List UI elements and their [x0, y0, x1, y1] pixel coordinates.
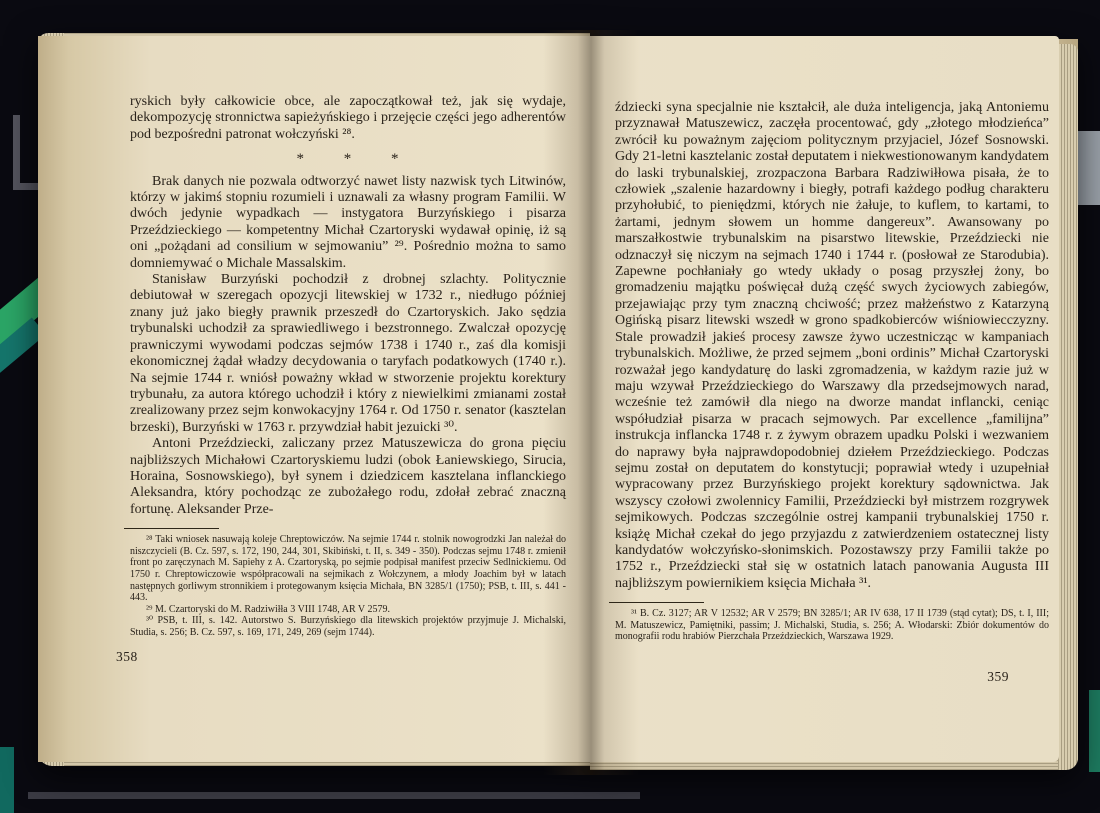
footnote: ²⁹ M. Czartoryski do M. Radziwiłła 3 VII…	[130, 604, 566, 616]
footnote-rule	[124, 528, 219, 529]
right-page-text-column: ździecki syna specjalnie nie kształcił, …	[615, 100, 1049, 685]
background-teal-sliver-bottom-right	[1089, 690, 1100, 772]
footnote: ³⁰ PSB, t. III, s. 142. Autorstwo S. Bur…	[130, 615, 566, 638]
body-paragraph: Antoni Przeździecki, zaliczany przez Mat…	[130, 436, 566, 518]
open-book: ryskich były całkowicie obce, ale zapocz…	[38, 30, 1078, 775]
background-teal-sliver-bottom-left	[0, 747, 14, 813]
footnotes-block: ²⁸ Taki wniosek nasuwają koleje Chreptow…	[130, 534, 566, 638]
photo-of-open-book: ryskich były całkowicie obce, ale zapocz…	[0, 0, 1100, 813]
footnote: ²⁸ Taki wniosek nasuwają koleje Chreptow…	[130, 534, 566, 604]
background-gray-line-bottom	[28, 792, 640, 799]
body-paragraph: ździecki syna specjalnie nie kształcił, …	[615, 100, 1049, 592]
page-number-left: 358	[116, 649, 566, 665]
footnote: ³¹ B. Cz. 3127; AR V 12532; AR V 2579; B…	[615, 608, 1049, 643]
footnotes-block: ³¹ B. Cz. 3127; AR V 12532; AR V 2579; B…	[615, 608, 1049, 643]
footnote-rule	[609, 602, 704, 603]
section-separator-asterisks: * * *	[130, 151, 566, 167]
body-paragraph: Brak danych nie pozwala odtworzyć nawet …	[130, 174, 566, 272]
page-number-right: 359	[615, 669, 1009, 685]
continuation-paragraph: ryskich były całkowicie obce, ale zapocz…	[130, 94, 566, 143]
left-page-text-column: ryskich były całkowicie obce, ale zapocz…	[130, 94, 566, 665]
body-paragraph: Stanisław Burzyński pochodził z drobnej …	[130, 272, 566, 436]
